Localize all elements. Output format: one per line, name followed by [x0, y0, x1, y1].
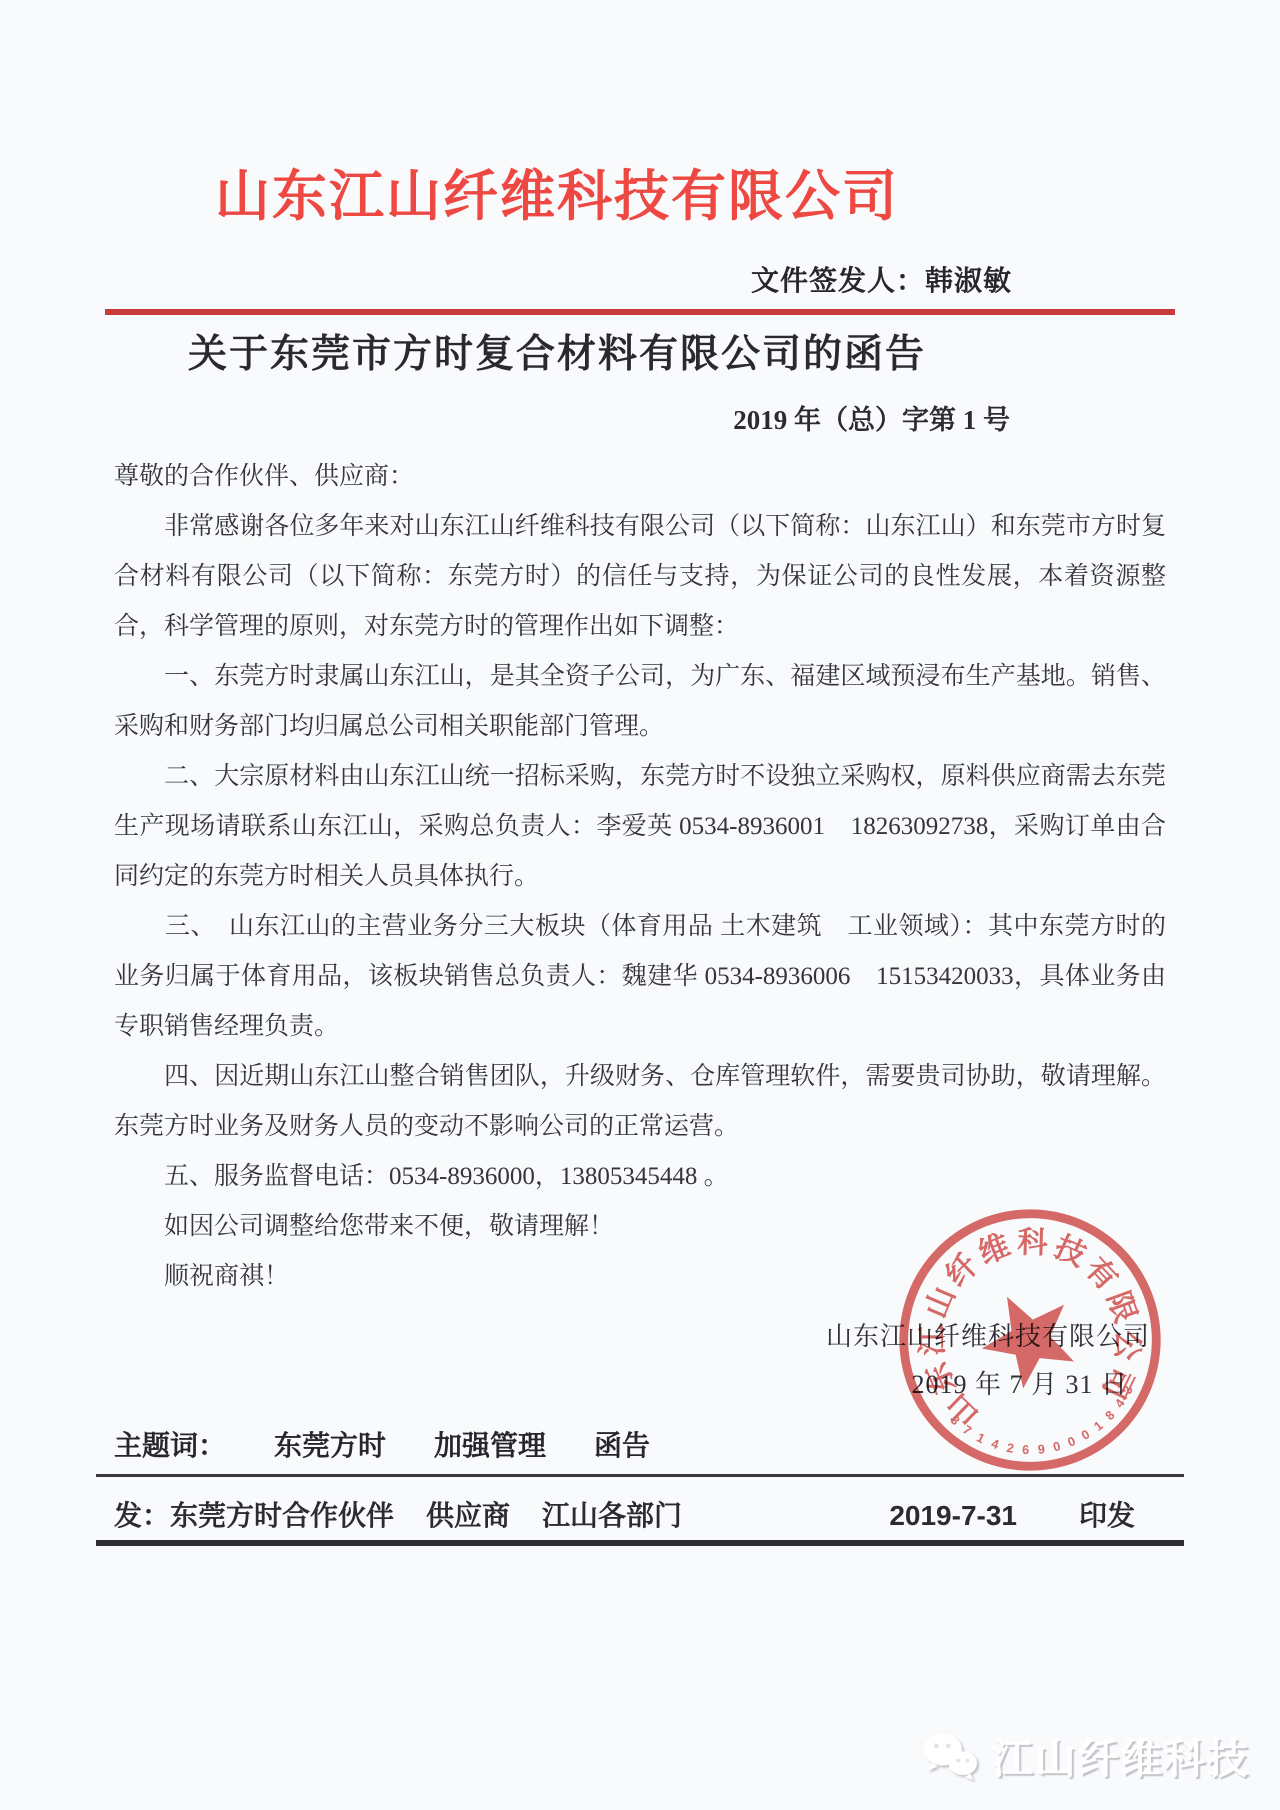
issue-action: 印发: [1079, 1494, 1135, 1534]
document-title: 关于东莞市方时复合材料有限公司的函告: [0, 323, 1114, 379]
svg-text:4: 4: [989, 1436, 1000, 1452]
red-divider: [105, 309, 1175, 315]
footer-divider-thick: [96, 1540, 1184, 1546]
signature-company: 山东江山纤维科技有限公司: [826, 1316, 1150, 1353]
issue-recipient: 东莞方时合作伙伴: [170, 1494, 394, 1534]
svg-text:0: 0: [1051, 1438, 1062, 1454]
signature-date: 2019 年 7 月 31 日: [911, 1364, 1128, 1401]
body-paragraph: 二、大宗原材料由山东江山统一招标采购，东莞方时不设独立采购权，原料供应商需去东莞…: [114, 752, 1166, 902]
brand-watermark: 江山纤维科技: [920, 1726, 1250, 1785]
wechat-icon: [920, 1729, 982, 1783]
issue-row: 发： 东莞方时合作伙伴供应商江山各部门 2019-7-31 印发: [114, 1494, 1135, 1534]
issue-recipient: 供应商: [426, 1494, 510, 1534]
svg-text:3: 3: [948, 1412, 963, 1428]
letter-body: 尊敬的合作伙伴、供应商： 非常感谢各位多年来对山东江山纤维科技有限公司（以下简称…: [114, 452, 1166, 1302]
svg-text:8: 8: [1102, 1407, 1118, 1422]
svg-text:2: 2: [1005, 1440, 1015, 1456]
company-header: 山东江山纤维科技有限公司: [0, 152, 1114, 231]
issue-recipient: 江山各部门: [542, 1494, 682, 1534]
svg-text:7: 7: [960, 1422, 974, 1438]
svg-text:0: 0: [1065, 1433, 1077, 1450]
body-paragraph: 如因公司调整给您带来不便，敬请理解！: [114, 1202, 1166, 1252]
issuer-line: 文件签发人：韩淑敏: [751, 259, 1012, 299]
body-paragraph: 五、服务监督电话：0534-8936000，13805345448 。: [114, 1152, 1166, 1202]
issue-date: 2019-7-31: [889, 1500, 1017, 1532]
document-number: 2019 年（总）字第 1 号: [733, 398, 1010, 437]
svg-text:6: 6: [1022, 1442, 1030, 1457]
subject-term: 函告: [594, 1424, 650, 1464]
body-paragraph: 尊敬的合作伙伴、供应商：: [114, 452, 1166, 502]
subject-terms: 东莞方时加强管理函告: [274, 1424, 650, 1464]
body-paragraph: 四、因近期山东江山整合销售团队，升级财务、仓库管理软件，需要贵司协助，敬请理解。…: [114, 1052, 1166, 1152]
body-paragraph: 三、 山东江山的主营业务分三大板块（体育用品 土木建筑 工业领域）：其中东莞方时…: [114, 902, 1166, 1052]
footer-divider-thin: [96, 1474, 1184, 1477]
subject-term: 加强管理: [434, 1424, 546, 1464]
issue-recipients: 东莞方时合作伙伴供应商江山各部门: [170, 1494, 682, 1534]
body-paragraph: 一、东莞方时隶属山东江山，是其全资子公司，为广东、福建区域预浸布生产基地。销售、…: [114, 652, 1166, 752]
issue-label: 发：: [114, 1494, 170, 1534]
watermark-text: 江山纤维科技: [992, 1726, 1250, 1785]
body-paragraph: 顺祝商祺！: [114, 1252, 1166, 1302]
letter-page: 山东江山纤维科技有限公司 文件签发人：韩淑敏 关于东莞市方时复合材料有限公司的函…: [0, 0, 1280, 1810]
svg-text:1: 1: [1091, 1418, 1106, 1434]
subject-label: 主题词：: [114, 1424, 226, 1464]
subject-row: 主题词： 东莞方时加强管理函告: [114, 1424, 650, 1464]
svg-text:1: 1: [974, 1430, 987, 1447]
svg-text:0: 0: [1079, 1426, 1093, 1443]
svg-text:9: 9: [1037, 1441, 1046, 1457]
body-paragraph: 非常感谢各位多年来对山东江山纤维科技有限公司（以下简称：山东江山）和东莞市方时复…: [114, 502, 1166, 652]
subject-term: 东莞方时: [274, 1424, 386, 1464]
